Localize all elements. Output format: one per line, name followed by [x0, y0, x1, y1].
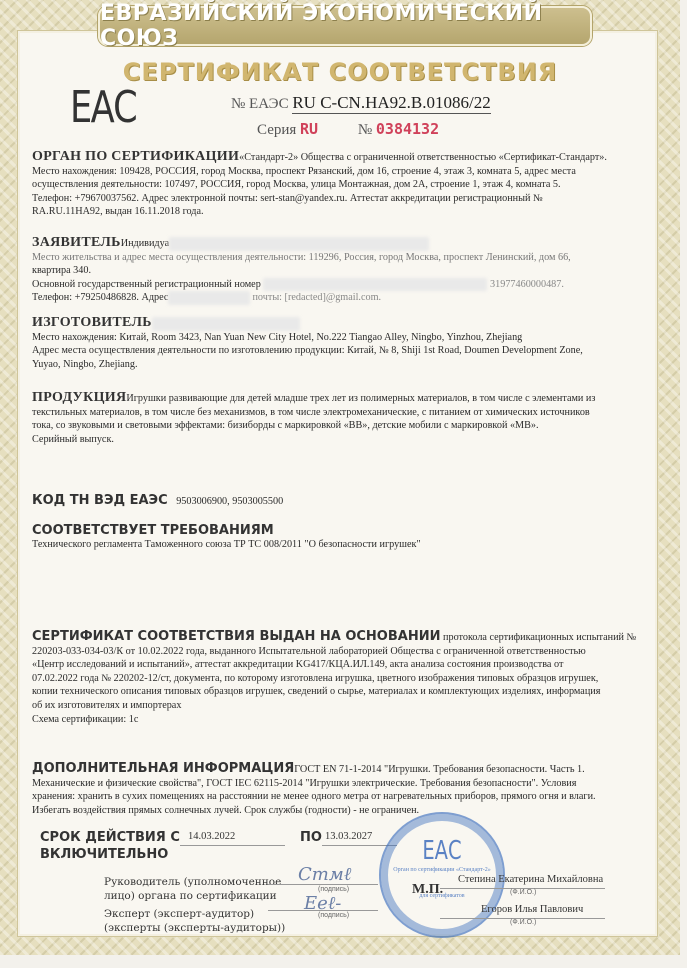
redacted-block: xxxxxxxxxxxxxxxx [168, 291, 250, 305]
validity-heading-line2: ВКЛЮЧИТЕЛЬНО [40, 847, 168, 862]
head-label-line: лицо) органа по сертификации [104, 889, 281, 903]
tn-ved-heading: КОД ТН ВЭД ЕАЭС [32, 493, 168, 508]
tn-ved-section: КОД ТН ВЭД ЕАЭС 9503006900, 9503005500 [32, 494, 650, 509]
compliance-text: Технического регламента Таможенного союз… [32, 538, 650, 552]
number-label: № ЕАЭС [231, 96, 289, 112]
redacted-block: xxxxxxxxxxxxxxxxxxxxxxxxxxxxxxxxxxxxxxxx… [169, 237, 429, 251]
text-line: Телефон: +79250486828. Адрес [32, 292, 168, 303]
certification-body-section: ОРГАН ПО СЕРТИФИКАЦИИ«Стандарт-2» Общест… [32, 150, 650, 219]
text-line: 07.02.2022 года № 220202-12/ст, документ… [32, 672, 650, 686]
certification-scheme: Схема сертификации: 1с [32, 713, 650, 727]
text-line: копии технического описания типовых обра… [32, 685, 650, 699]
form-number-label: № [358, 122, 372, 138]
fio-caption: (Ф.И.О.) [510, 919, 536, 926]
valid-from-date: 14.03.2022 [188, 831, 235, 842]
number-value: RU C-CN.HA92.B.01086/22 [292, 93, 490, 114]
manufacturer-section: ИЗГОТОВИТЕЛЬxxxxxxxxxxxxxxxxxxxxxxxxxxxx… [32, 316, 650, 371]
text-line: Адрес места осуществления деятельности п… [32, 344, 650, 358]
text-line: ГОСТ EN 71-1-2014 "Игрушки. Требования б… [294, 764, 584, 775]
applicant-heading: ЗАЯВИТЕЛЬ [32, 235, 121, 250]
text-line: «Стандарт-2» Общества с ограниченной отв… [239, 152, 607, 163]
text-line: протокола сертификационных испытаний № [443, 632, 636, 643]
basis-heading: СЕРТИФИКАТ СООТВЕТСТВИЯ ВЫДАН НА ОСНОВАН… [32, 629, 440, 644]
valid-to-date: 13.03.2027 [325, 831, 372, 842]
form-number-value: 0384132 [376, 120, 439, 138]
eac-logo-icon: ЕАС [70, 82, 136, 133]
text-line: Индивидуа [121, 238, 169, 249]
compliance-section: СООТВЕТСТВУЕТ ТРЕБОВАНИЯМ Технического р… [32, 524, 650, 551]
redacted-block: xxxxxxxxxxxxxxxxxxxxxxxxxxxxxxxxxxxxxxxx… [263, 278, 487, 292]
validity-heading-line1: СРОК ДЕЙСТВИЯ С [40, 830, 180, 845]
text-line: 31977460000487. [490, 279, 564, 290]
product-heading: ПРОДУКЦИЯ [32, 390, 126, 405]
valid-to-label: ПО [300, 830, 322, 845]
certificate-sheet: ЕВРАЗИЙСКИЙ ЭКОНОМИЧЕСКИЙ СОЮЗ СЕРТИФИКА… [0, 0, 680, 955]
product-section: ПРОДУКЦИЯИгрушки развивающие для детей м… [32, 391, 650, 446]
additional-info-heading: ДОПОЛНИТЕЛЬНАЯ ИНФОРМАЦИЯ [32, 761, 294, 776]
text-line: хранения: хранить в сухих помещениях на … [32, 790, 650, 804]
text-line: Место нахождения: Китай, Room 3423, Nan … [32, 331, 650, 345]
certificate-number: № ЕАЭС RU C-CN.HA92.B.01086/22 [231, 93, 491, 113]
stamp-text: Орган по сертификации «Стандарт-2» [381, 866, 503, 874]
basis-section: СЕРТИФИКАТ СООТВЕТСТВИЯ ВЫДАН НА ОСНОВАН… [32, 630, 650, 726]
text-line: «Центр исследований и испытаний», аттест… [32, 658, 650, 672]
text-line: осуществления деятельности: 107497, РОСС… [32, 178, 650, 192]
text-line: Место жительства и адрес места осуществл… [32, 251, 650, 265]
signature-caption: (подпись) [318, 912, 349, 919]
text-line: тока, со звуковыми и световыми эффектами… [32, 419, 650, 433]
manufacturer-heading: ИЗГОТОВИТЕЛЬ [32, 315, 152, 330]
text-line: об их изготовителях и импортерах [32, 699, 650, 713]
text-line: Серийный выпуск. [32, 433, 650, 447]
union-name-banner: ЕВРАЗИЙСКИЙ ЭКОНОМИЧЕСКИЙ СОЮЗ [98, 6, 592, 46]
head-signature: Cтмℓ [298, 864, 351, 885]
text-line: 220203-033-034-03/К от 10.02.2022 года, … [32, 645, 650, 659]
text-line: Телефон: +79670037562. Адрес электронной… [32, 192, 650, 206]
additional-info-section: ДОПОЛНИТЕЛЬНАЯ ИНФОРМАЦИЯГОСТ EN 71-1-20… [32, 762, 650, 817]
fio-caption: (Ф.И.О.) [510, 889, 536, 896]
text-line: Механические и физические свойства", ГОС… [32, 777, 650, 791]
compliance-heading: СООТВЕТСТВУЕТ ТРЕБОВАНИЯМ [32, 524, 650, 538]
seal-label: М.П. [412, 882, 443, 898]
text-line: Игрушки развивающие для детей младше тре… [126, 393, 595, 404]
text-line: почты: [redacted]@gmail.com. [252, 292, 381, 303]
date-underline [180, 845, 285, 846]
stamp-eac-icon: ЕАС [396, 836, 488, 866]
certification-body-heading: ОРГАН ПО СЕРТИФИКАЦИИ [32, 149, 239, 164]
text-line: текстильных материалов, в том числе без … [32, 406, 650, 420]
redacted-block: xxxxxxxxxxxxxxxxxxxxxxxxxxxxx [152, 317, 300, 331]
expert-label-line: (эксперты (эксперты-аудиторы)) [104, 921, 285, 935]
expert-signature: Eeℓ- [304, 893, 341, 914]
head-label: Руководитель (уполномоченное лицо) орган… [104, 875, 281, 903]
text-line: Избегать воздействия прямых солнечных лу… [32, 804, 650, 818]
head-label-line: Руководитель (уполномоченное [104, 875, 281, 889]
text-line: квартира 340. [32, 264, 650, 278]
text-line: Yuyao, Ningbo, Zhejiang. [32, 358, 650, 372]
head-name: Степина Екатерина Михайловна [458, 874, 603, 885]
tn-ved-value: 9503006900, 9503005500 [176, 496, 283, 507]
text-line: Основной государственный регистрационный… [32, 279, 261, 290]
text-line: Место нахождения: 109428, РОССИЯ, город … [32, 165, 650, 179]
expert-label: Эксперт (эксперт-аудитор) (эксперты (экс… [104, 907, 285, 935]
series-value: RU [300, 120, 318, 138]
signature-caption: (подпись) [318, 886, 349, 893]
expert-name: Егоров Илья Павлович [481, 904, 583, 915]
series-label: Серия [257, 122, 296, 138]
text-line: RA.RU.11HA92, выдан 16.11.2018 года. [32, 205, 650, 219]
series-line: Серия RU № 0384132 [257, 120, 439, 139]
applicant-section: ЗАЯВИТЕЛЬИндивидуаxxxxxxxxxxxxxxxxxxxxxx… [32, 236, 650, 305]
expert-label-line: Эксперт (эксперт-аудитор) [104, 907, 285, 921]
